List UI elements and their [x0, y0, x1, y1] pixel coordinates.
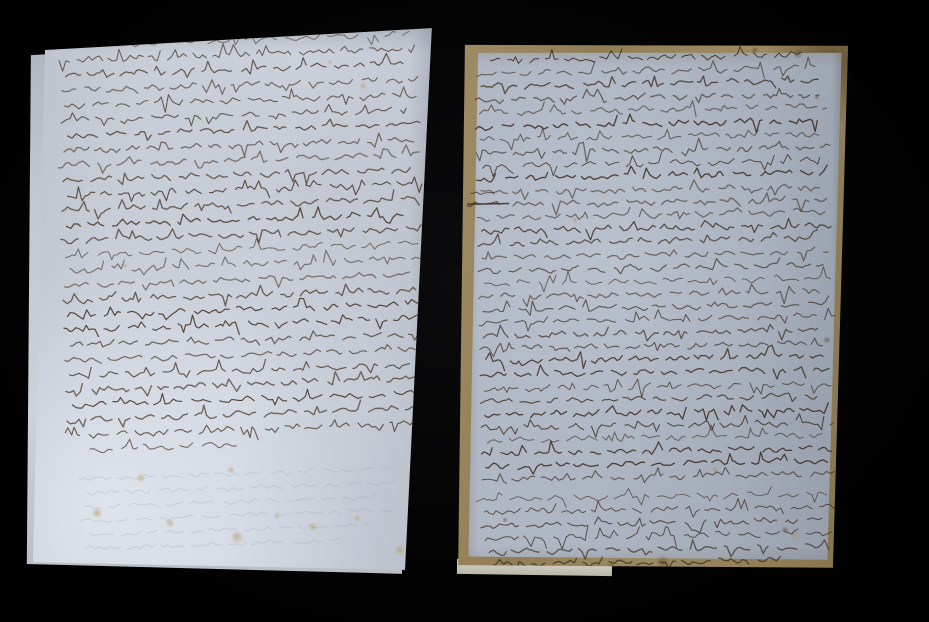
handwriting-line — [61, 102, 407, 130]
handwriting-line — [72, 385, 429, 412]
handwriting-line — [90, 436, 237, 453]
handwriting-line — [471, 192, 495, 195]
handwriting-line — [67, 115, 420, 143]
handwriting-line — [481, 218, 831, 242]
handwriting-line — [476, 485, 827, 509]
left-handwriting — [24, 20, 442, 579]
handwriting-line — [476, 136, 830, 164]
handwriting-line — [62, 73, 418, 100]
handwriting-line — [70, 327, 418, 351]
handwriting-line — [87, 480, 396, 496]
handwriting-line — [477, 163, 828, 182]
handwriting-line — [64, 85, 416, 116]
left-manuscript-page — [33, 26, 433, 572]
handwriting-line — [67, 294, 427, 323]
right-handwriting — [450, 37, 856, 582]
handwriting-line — [85, 538, 340, 551]
handwriting-line — [480, 337, 823, 357]
handwriting-line — [478, 228, 818, 247]
handwriting-line — [65, 53, 403, 81]
handwriting-line — [79, 466, 388, 482]
photograph-of-manuscripts — [0, 0, 929, 622]
handwriting-line — [478, 257, 823, 277]
handwriting-line — [489, 537, 829, 561]
handwriting-line — [484, 497, 836, 521]
handwriting-line — [477, 204, 825, 222]
handwriting-line — [490, 45, 801, 64]
handwriting-line — [481, 73, 818, 94]
handwriting-line — [481, 413, 833, 439]
handwriting-line — [67, 398, 419, 429]
handwriting-line — [80, 508, 393, 524]
handwriting-line — [479, 97, 826, 120]
handwriting-line — [481, 393, 817, 407]
handwriting-line — [482, 465, 835, 486]
strikethrough-mark — [467, 204, 509, 205]
handwriting-line — [91, 523, 370, 538]
handwriting-line — [479, 283, 820, 309]
right-manuscript-page — [455, 40, 852, 578]
handwriting-line — [480, 360, 829, 384]
handwriting-line — [475, 85, 819, 106]
handwriting-line — [477, 57, 815, 82]
handwriting-line — [66, 369, 420, 399]
ink-spot — [599, 596, 607, 604]
handwriting-line — [84, 495, 375, 510]
handwriting-line — [482, 150, 820, 177]
handwriting-line — [65, 416, 419, 446]
handwriting-line — [70, 247, 426, 277]
handwriting-line — [62, 189, 420, 220]
handwriting-line — [65, 343, 425, 364]
handwriting-line — [61, 219, 422, 249]
handwriting-line — [479, 307, 835, 332]
handwriting-line — [486, 344, 823, 371]
handwriting-line — [67, 174, 422, 204]
handwriting-line — [485, 402, 829, 424]
handwriting-line — [64, 271, 409, 294]
handwriting-line — [484, 266, 830, 293]
handwriting-line — [64, 132, 414, 162]
handwriting-line — [513, 192, 827, 217]
handwriting-line — [480, 124, 819, 150]
